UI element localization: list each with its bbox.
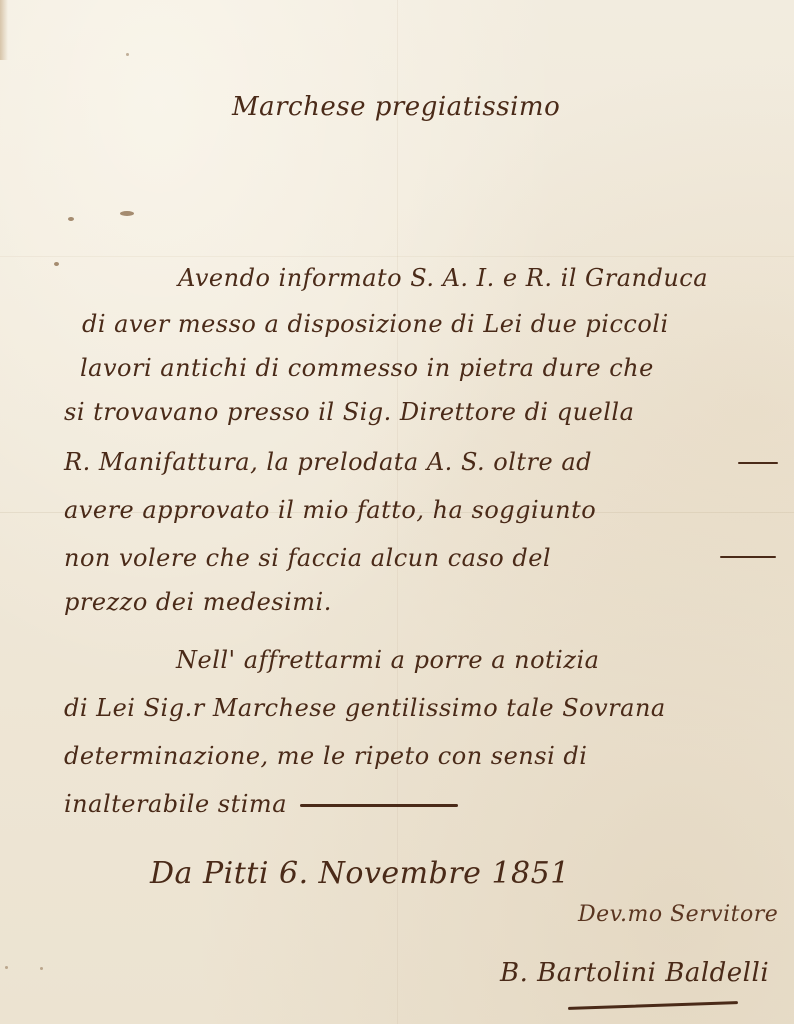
edge-stain bbox=[0, 0, 8, 60]
letter-line: Avendo informato S. A. I. e R. il Grandu… bbox=[178, 264, 708, 292]
closing: Dev.mo Servitore bbox=[578, 902, 778, 927]
foxing-speck bbox=[54, 262, 59, 266]
salutation: Marchese pregiatissimo bbox=[232, 92, 560, 122]
foxing-speck bbox=[40, 967, 43, 970]
letter-line: di Lei Sig.r Marchese gentilissimo tale … bbox=[64, 694, 666, 722]
letter-line: non volere che si faccia alcun caso del bbox=[64, 544, 551, 572]
letter-page: Marchese pregiatissimo Avendo informato … bbox=[0, 0, 794, 1024]
letter-line: di aver messo a disposizione di Lei due … bbox=[82, 310, 669, 338]
letter-line: avere approvato il mio fatto, ha soggiun… bbox=[64, 496, 596, 524]
foxing-speck bbox=[5, 966, 8, 969]
letter-line: determinazione, me le ripeto con sensi d… bbox=[64, 742, 587, 770]
date-line: Da Pitti 6. Novembre 1851 bbox=[150, 856, 570, 891]
signature-flourish bbox=[568, 1001, 738, 1010]
letter-line: prezzo dei medesimi. bbox=[64, 588, 332, 616]
line-flourish bbox=[738, 462, 778, 464]
foxing-speck bbox=[68, 217, 74, 221]
line-flourish bbox=[720, 556, 776, 558]
signature: B. Bartolini Baldelli bbox=[500, 958, 769, 988]
foxing-speck bbox=[126, 53, 129, 56]
letter-line: inalterabile stima bbox=[64, 790, 287, 818]
letter-line: lavori antichi di commesso in pietra dur… bbox=[80, 354, 654, 382]
letter-line: R. Manifattura, la prelodata A. S. oltre… bbox=[64, 448, 592, 476]
letter-line: si trovavano presso il Sig. Direttore di… bbox=[64, 398, 634, 426]
line-flourish bbox=[300, 804, 458, 807]
letter-line: Nell' affrettarmi a porre a notizia bbox=[176, 646, 599, 674]
foxing-speck bbox=[120, 211, 134, 216]
